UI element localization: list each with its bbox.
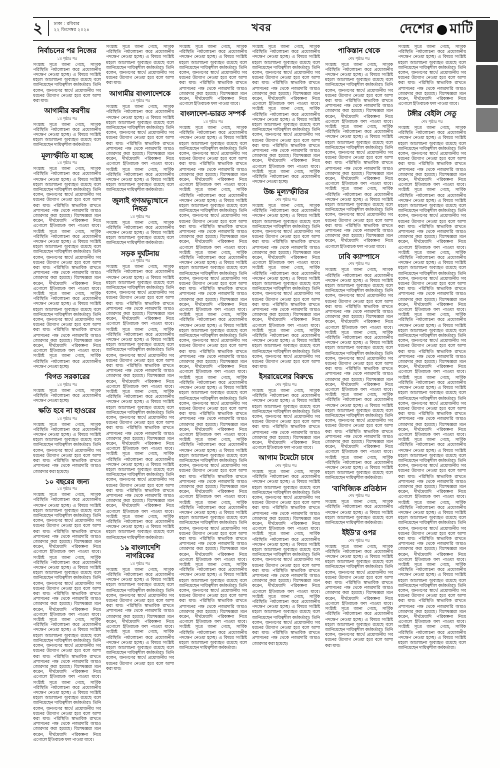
page-edge-artifacts bbox=[476, 20, 498, 132]
article-headline: 'বিগত সরকারের bbox=[33, 373, 101, 382]
article-body: সংশ্লিষ্ট সূত্রে জানা গেছে, সার্বিক পরিস… bbox=[179, 45, 247, 107]
continuation-label: শেষ পৃষ্ঠার পর bbox=[325, 262, 393, 267]
newspaper-page: ২ ঢাকা : রবিবার ২২ ডিসেম্বর ২০২৪ খবর দেশ… bbox=[0, 0, 500, 768]
article-body: সংশ্লিষ্ট সূত্রে জানা গেছে, সার্বিক পরিস… bbox=[106, 221, 174, 247]
article-body: সংশ্লিষ্ট সূত্রে জানা গেছে, সার্বিক পরিস… bbox=[106, 105, 174, 193]
continuation-label: শেষ পৃষ্ঠার পর bbox=[398, 120, 466, 125]
article-body: সংশ্লিষ্ট সূত্রে জানা গেছে, সার্বিক পরিস… bbox=[33, 63, 101, 105]
article-headline: ১০ বছরের জন্য bbox=[33, 478, 101, 487]
article-body: সংশ্লিষ্ট সূত্রে জানা গেছে, সার্বিক পরিস… bbox=[106, 265, 174, 541]
article-headline: জুলাই গণঅভ্যুত্থানে নিহত bbox=[106, 197, 174, 214]
continuation-label: ১ম পৃষ্ঠার পর bbox=[33, 117, 101, 122]
column-4: সংশ্লিষ্ট সূত্রে জানা গেছে, সার্বিক পরিস… bbox=[252, 45, 320, 757]
article-headline: আগামীর বাংলাদেশকে bbox=[106, 90, 174, 99]
continuation-label: ১ম পৃষ্ঠার পর bbox=[33, 161, 101, 166]
article-block: আগামীর বাংলাদেশকে১ম পৃষ্ঠার পরসংশ্লিষ্ট … bbox=[106, 90, 174, 194]
article-body: সংশ্লিষ্ট সূত্রে জানা গেছে, সার্বিক পরিস… bbox=[325, 268, 393, 481]
masthead-logo-icon bbox=[437, 25, 447, 35]
article-block: আগাম টমেটো চাষেশেষ পৃষ্ঠার পরসংশ্লিষ্ট স… bbox=[252, 454, 320, 646]
article-body: সংশ্লিষ্ট সূত্রে জানা গেছে, সার্বিক পরিস… bbox=[325, 63, 393, 250]
article-block: জুলাই গণঅভ্যুত্থানে নিহত১ম পৃষ্ঠার পরসংশ… bbox=[106, 197, 174, 247]
article-block: সংশ্লিষ্ট সূত্রে জানা গেছে, সার্বিক পরিস… bbox=[106, 45, 174, 87]
article-headline: আগাম টমেটো চাষে bbox=[252, 454, 320, 463]
article-headline: মূল্যস্ফীতি যা হচ্ছে bbox=[33, 152, 101, 161]
article-block: ইসরায়েলের বিরুদ্ধেশেষ পৃষ্ঠার পরসংশ্লিষ… bbox=[252, 373, 320, 451]
continuation-label: শেষ পৃষ্ঠার পর bbox=[325, 539, 393, 544]
edge-artifact-box bbox=[476, 65, 498, 105]
continuation-label: শেষ পৃষ্ঠার পর bbox=[325, 494, 393, 499]
masthead: দেশের মাটি bbox=[399, 18, 473, 41]
article-headline: 'বাণিজ্যিক প্রতিষ্ঠান bbox=[325, 485, 393, 494]
article-body: সংশ্লিষ্ট সূত্রে জানা গেছে, সার্বিক পরিস… bbox=[252, 204, 320, 371]
continuation-label: শেষ পৃষ্ঠার পর bbox=[252, 464, 320, 469]
article-headline: ক্ষতি হবে না হাওরের bbox=[33, 407, 101, 416]
article-body: সংশ্লিষ্ট সূত্রে জানা গেছে, সার্বিক পরিস… bbox=[33, 123, 101, 149]
article-headline: ইসরায়েলের বিরুদ্ধে bbox=[252, 373, 320, 382]
continuation-label: ১ম পৃষ্ঠার পর bbox=[179, 120, 247, 125]
article-body: সংশ্লিষ্ট সূত্রে জানা গেছে, সার্বিক পরিস… bbox=[179, 126, 247, 652]
article-headline: সড়ক দুর্ঘটনায় bbox=[106, 250, 174, 259]
article-body: সংশ্লিষ্ট সূত্রে জানা গেছে, সার্বিক পরিস… bbox=[252, 470, 320, 647]
masthead-word-left: দেশের bbox=[399, 18, 433, 41]
article-body: সংশ্লিষ্ট সূত্রে জানা গেছে, সার্বিক পরিস… bbox=[33, 423, 101, 475]
column-6: সংশ্লিষ্ট সূত্রে জানা গেছে, সার্বিক পরিস… bbox=[398, 45, 466, 757]
page-header: ২ ঢাকা : রবিবার ২২ ডিসেম্বর ২০২৪ খবর দেশ… bbox=[33, 18, 490, 40]
article-headline: ইইউ'র ওপর bbox=[325, 529, 393, 538]
article-headline: উচ্চ মূল্যস্ফীতির bbox=[252, 188, 320, 197]
continuation-label: ১ম পৃষ্ঠার পর bbox=[33, 487, 101, 492]
article-body: সংশ্লিষ্ট সূত্রে জানা গেছে, সার্বিক পরিস… bbox=[398, 126, 466, 652]
article-block: নির্বাচনের পর নিজের১ম পৃষ্ঠার পরসংশ্লিষ্… bbox=[33, 47, 101, 104]
continuation-label: ১ম পৃষ্ঠার পর bbox=[106, 215, 174, 220]
article-body: সংশ্লিষ্ট সূত্রে জানা গেছে, সার্বিক পরিস… bbox=[33, 493, 101, 743]
article-block: আগামীর করণীয়১ম পৃষ্ঠার পরসংশ্লিষ্ট সূত্… bbox=[33, 107, 101, 149]
article-block: 'বিগত সরকারের১ম পৃষ্ঠার পরসংশ্লিষ্ট সূত্… bbox=[33, 373, 101, 404]
article-block: টঙ্গীর বেইলি সেতুশেষ পৃষ্ঠার পরসংশ্লিষ্ট… bbox=[398, 110, 466, 651]
article-headline: ঢাবি ক্যাম্পাসে bbox=[325, 253, 393, 262]
article-headline: আগামীর করণীয় bbox=[33, 107, 101, 116]
article-body: সংশ্লিষ্ট সূত্রে জানা গেছে, সার্বিক পরিস… bbox=[325, 500, 393, 526]
continuation-label: ১ম পৃষ্ঠার পর bbox=[106, 562, 174, 567]
article-block: পাকিস্তান থেকেশেষ পৃষ্ঠার পরসংশ্লিষ্ট সূ… bbox=[325, 47, 393, 250]
article-block: ইইউ'র ওপরশেষ পৃষ্ঠার পরসংশ্লিষ্ট সূত্রে … bbox=[325, 529, 393, 649]
article-body: সংশ্লিষ্ট সূত্রে জানা গেছে, সার্বিক পরিস… bbox=[252, 45, 320, 185]
edge-artifact-box bbox=[476, 20, 498, 62]
header-bottom-rule bbox=[33, 40, 490, 41]
article-block: সংশ্লিষ্ট সূত্রে জানা গেছে, সার্বিক পরিস… bbox=[252, 45, 320, 185]
article-block: সংশ্লিষ্ট সূত্রে জানা গেছে, সার্বিক পরিস… bbox=[179, 45, 247, 107]
continuation-label: শেষ পৃষ্ঠার পর bbox=[252, 198, 320, 203]
article-body: সংশ্লিষ্ট সূত্রে জানা গেছে, সার্বিক পরিস… bbox=[106, 568, 174, 672]
continuation-label: শেষ পৃষ্ঠার পর bbox=[252, 383, 320, 388]
masthead-word-right: মাটি bbox=[450, 18, 473, 41]
column-1: নির্বাচনের পর নিজের১ম পৃষ্ঠার পরসংশ্লিষ্… bbox=[33, 45, 101, 757]
article-body: সংশ্লিষ্ট সূত্রে জানা গেছে, সার্বিক পরিস… bbox=[33, 389, 101, 405]
article-block: সংশ্লিষ্ট সূত্রে জানা গেছে, সার্বিক পরিস… bbox=[398, 45, 466, 107]
article-headline: ১৯ বাংলাদেশি নাগরিকের bbox=[106, 544, 174, 561]
continuation-label: ১ম পৃষ্ঠার পর bbox=[106, 99, 174, 104]
article-body: সংশ্লিষ্ট সূত্রে জানা গেছে, সার্বিক পরিস… bbox=[325, 545, 393, 649]
article-headline: টঙ্গীর বেইলি সেতু bbox=[398, 110, 466, 119]
article-headline: বাংলাদেশ-ভারত সম্পর্ক bbox=[179, 110, 247, 119]
article-body: সংশ্লিষ্ট সূত্রে জানা গেছে, সার্বিক পরিস… bbox=[252, 389, 320, 451]
article-block: বাংলাদেশ-ভারত সম্পর্ক১ম পৃষ্ঠার পরসংশ্লি… bbox=[179, 110, 247, 651]
article-block: সড়ক দুর্ঘটনায়১ম পৃষ্ঠার পরসংশ্লিষ্ট সূ… bbox=[106, 250, 174, 541]
article-block: ক্ষতি হবে না হাওরের১ম পৃষ্ঠার পরসংশ্লিষ্… bbox=[33, 407, 101, 475]
article-body: সংশ্লিষ্ট সূত্রে জানা গেছে, সার্বিক পরিস… bbox=[33, 167, 101, 370]
column-2: সংশ্লিষ্ট সূত্রে জানা গেছে, সার্বিক পরিস… bbox=[106, 45, 174, 757]
article-headline: নির্বাচনের পর নিজের bbox=[33, 47, 101, 56]
article-block: ১০ বছরের জন্য১ম পৃষ্ঠার পরসংশ্লিষ্ট সূত্… bbox=[33, 478, 101, 743]
article-block: ১৯ বাংলাদেশি নাগরিকের১ম পৃষ্ঠার পরসংশ্লি… bbox=[106, 544, 174, 672]
continuation-label: ১ম পৃষ্ঠার পর bbox=[33, 417, 101, 422]
column-3: সংশ্লিষ্ট সূত্রে জানা গেছে, সার্বিক পরিস… bbox=[179, 45, 247, 757]
continuation-label: ১ম পৃষ্ঠার পর bbox=[33, 57, 101, 62]
edge-artifact-box bbox=[476, 108, 498, 132]
articles-grid: নির্বাচনের পর নিজের১ম পৃষ্ঠার পরসংশ্লিষ্… bbox=[33, 45, 466, 757]
article-block: মূল্যস্ফীতি যা হচ্ছে১ম পৃষ্ঠার পরসংশ্লিষ… bbox=[33, 152, 101, 370]
continuation-label: ১ম পৃষ্ঠার পর bbox=[106, 259, 174, 264]
article-headline: পাকিস্তান থেকে bbox=[325, 47, 393, 56]
continuation-label: ১ম পৃষ্ঠার পর bbox=[33, 383, 101, 388]
article-body: সংশ্লিষ্ট সূত্রে জানা গেছে, সার্বিক পরিস… bbox=[106, 45, 174, 87]
continuation-label: শেষ পৃষ্ঠার পর bbox=[325, 57, 393, 62]
article-body: সংশ্লিষ্ট সূত্রে জানা গেছে, সার্বিক পরিস… bbox=[398, 45, 466, 107]
article-block: 'বাণিজ্যিক প্রতিষ্ঠানশেষ পৃষ্ঠার পরসংশ্ল… bbox=[325, 485, 393, 527]
column-5: পাকিস্তান থেকেশেষ পৃষ্ঠার পরসংশ্লিষ্ট সূ… bbox=[325, 45, 393, 757]
article-block: উচ্চ মূল্যস্ফীতিরশেষ পৃষ্ঠার পরসংশ্লিষ্ট… bbox=[252, 188, 320, 370]
article-block: ঢাবি ক্যাম্পাসেশেষ পৃষ্ঠার পরসংশ্লিষ্ট স… bbox=[325, 253, 393, 482]
